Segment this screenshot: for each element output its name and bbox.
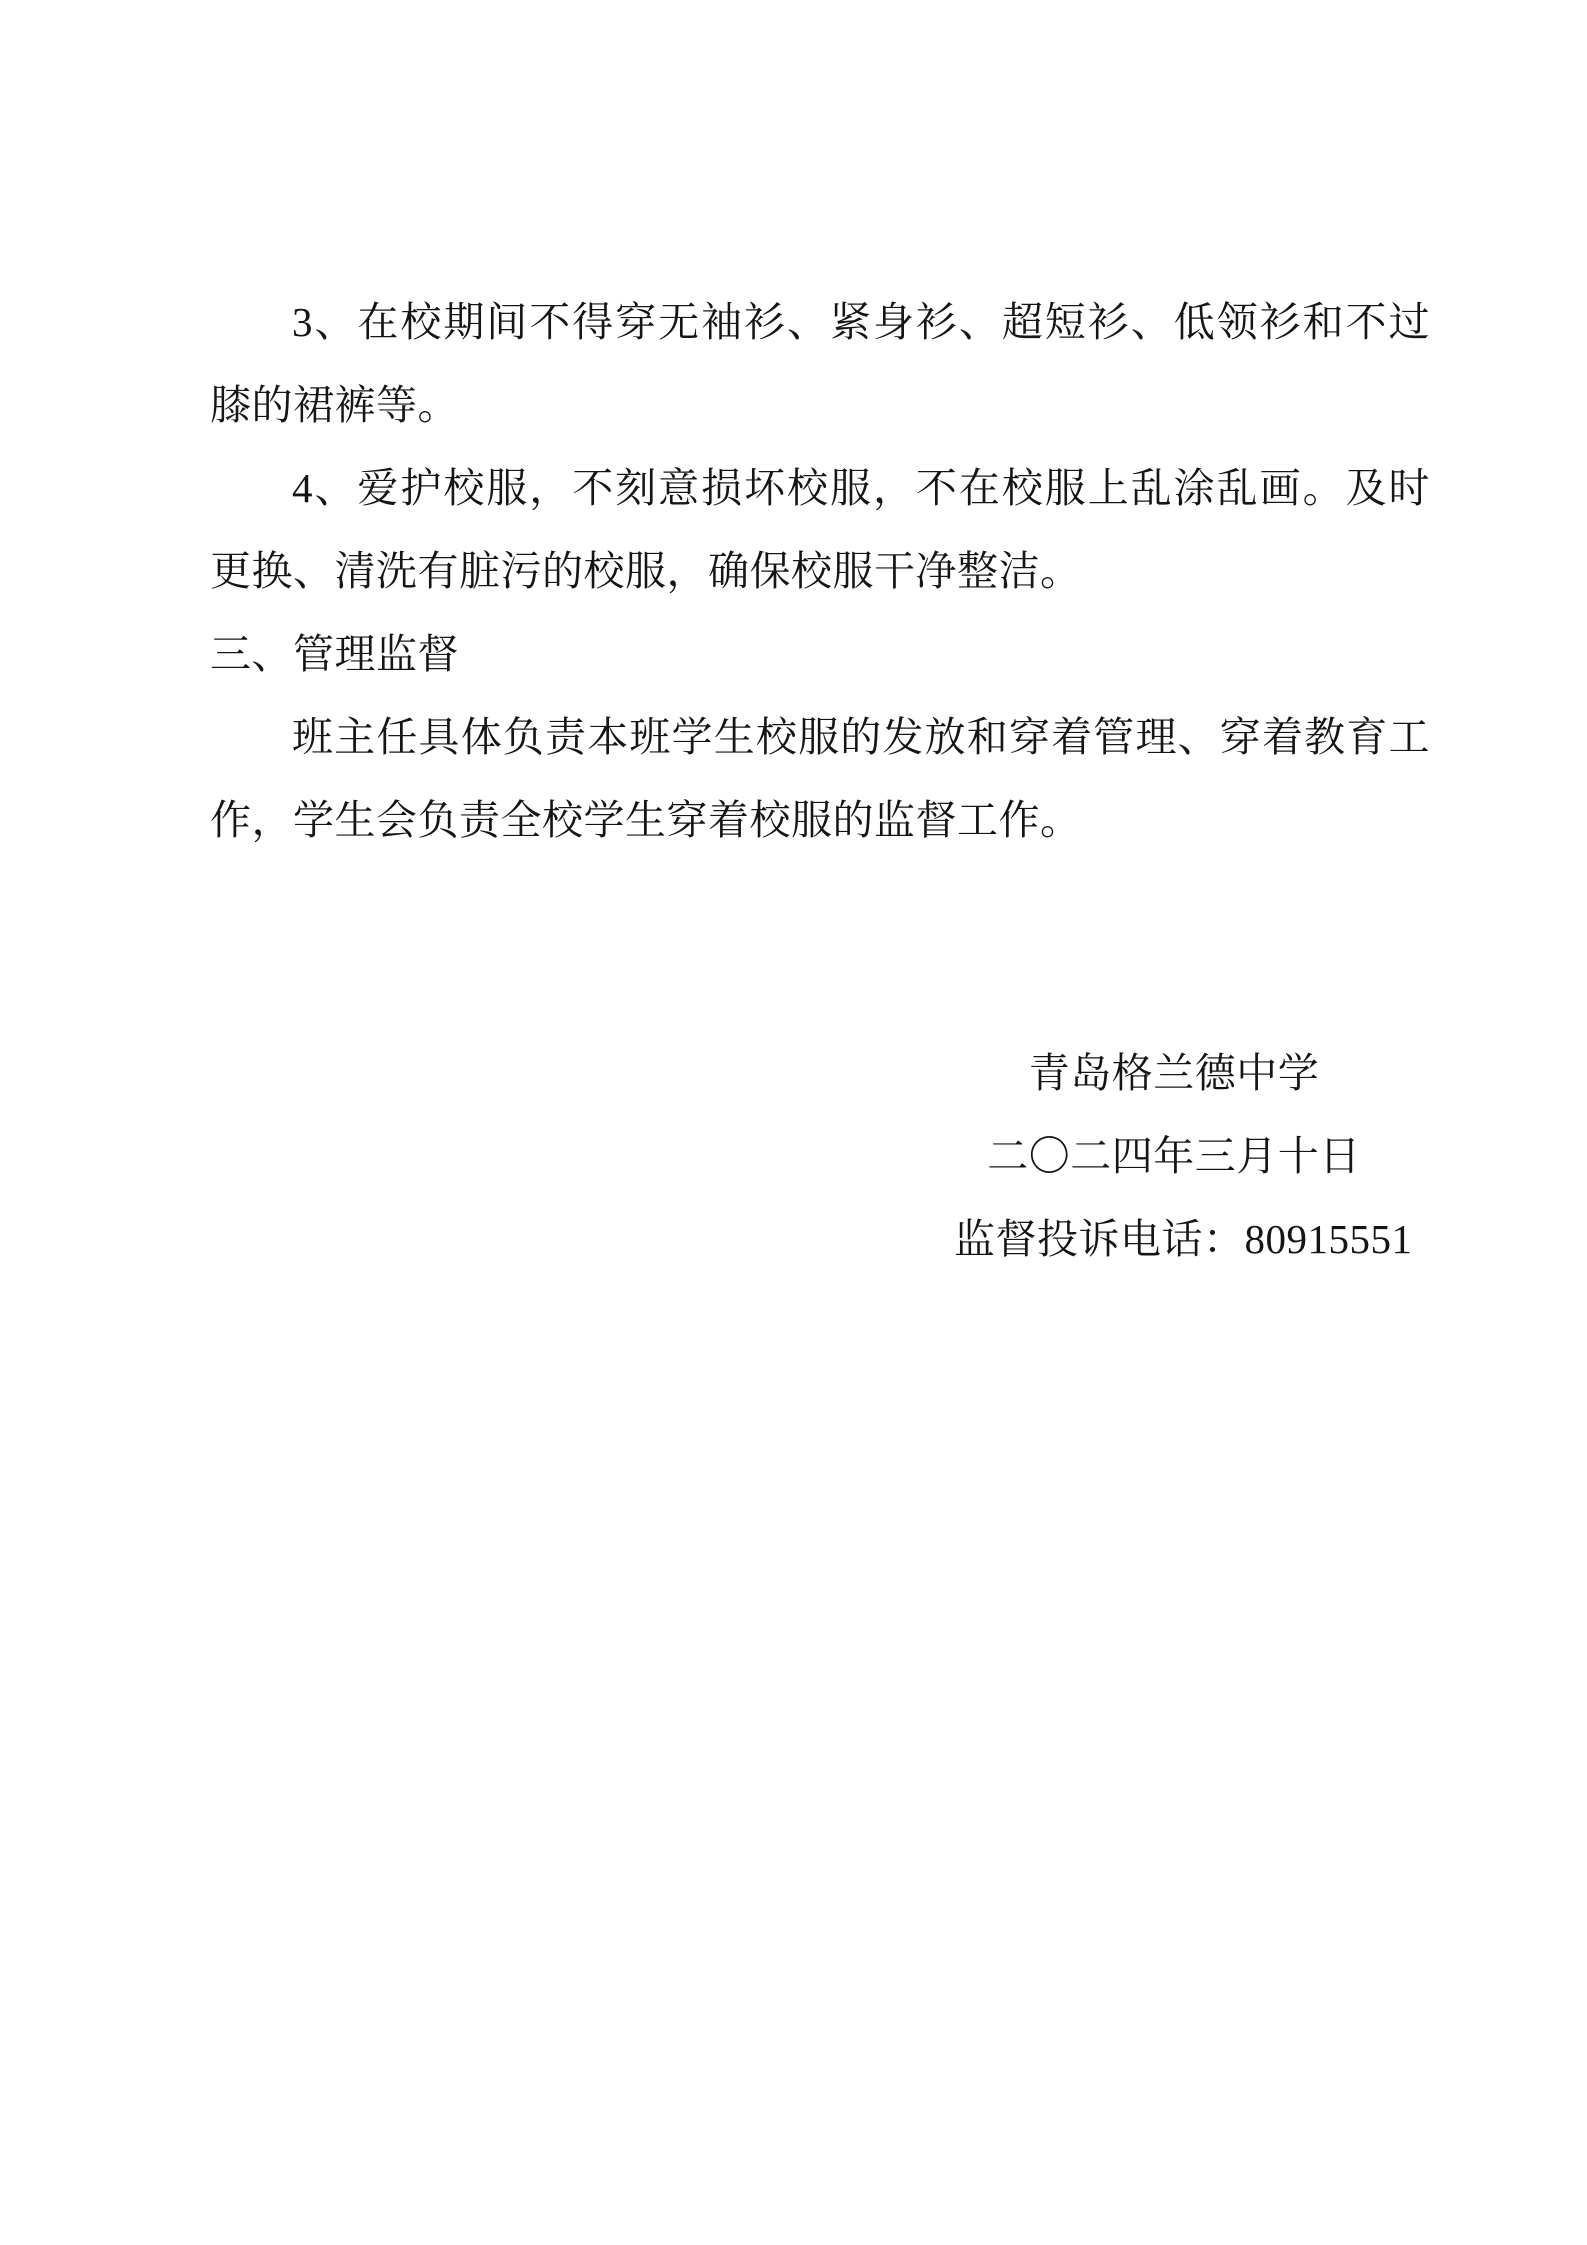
- complaint-hotline: 监督投诉电话：80915551: [954, 1198, 1394, 1281]
- body-paragraph-rule-3: 3、在校期间不得穿无袖衫、紧身衫、超短衫、低领衫和不过膝的裙裤等。: [210, 281, 1430, 447]
- signature-school-name: 青岛格兰德中学: [954, 1032, 1394, 1115]
- section-heading-management-supervision: 三、管理监督: [210, 613, 1430, 696]
- document-page: 3、在校期间不得穿无袖衫、紧身衫、超短衫、低领衫和不过膝的裙裤等。 4、爱护校服…: [0, 0, 1587, 2245]
- document-body: 3、在校期间不得穿无袖衫、紧身衫、超短衫、低领衫和不过膝的裙裤等。 4、爱护校服…: [210, 281, 1430, 862]
- signature-date: 二〇二四年三月十日: [954, 1115, 1394, 1198]
- signature-block: 青岛格兰德中学 二〇二四年三月十日 监督投诉电话：80915551: [954, 1032, 1394, 1281]
- body-paragraph-rule-4: 4、爱护校服，不刻意损坏校服，不在校服上乱涂乱画。及时更换、清洗有脏污的校服，确…: [210, 447, 1430, 613]
- body-paragraph-supervision: 班主任具体负责本班学生校服的发放和穿着管理、穿着教育工作，学生会负责全校学生穿着…: [210, 696, 1430, 862]
